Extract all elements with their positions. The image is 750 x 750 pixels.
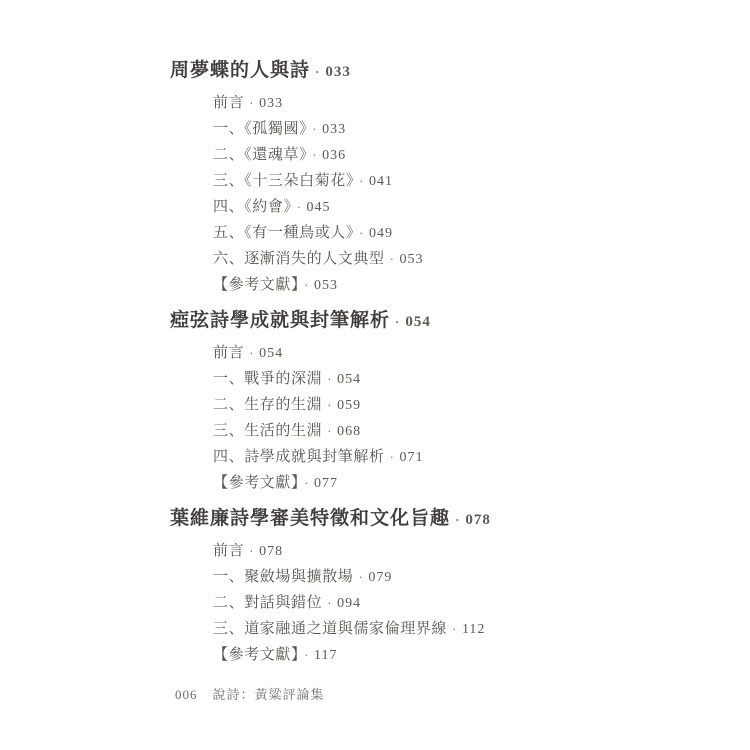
item-separator: · [307, 121, 322, 136]
section-title-page: 033 [325, 64, 351, 80]
section-items: 前言·033 一、《孤獨國》·033 二、《還魂草》·036 三、《十三朵白菊花… [213, 90, 690, 298]
item-separator: · [299, 277, 314, 292]
section-title-text: 瘂弦詩學成就與封筆解析 [170, 310, 390, 331]
item-separator: · [322, 595, 337, 610]
item-page: 033 [322, 122, 346, 137]
item-page: 079 [368, 570, 392, 585]
item-label: 【參考文獻】 [213, 646, 299, 663]
toc-section-title: 瘂弦詩學成就與封筆解析·054 [170, 310, 690, 333]
item-separator: · [353, 569, 368, 584]
item-label: 【參考文獻】 [213, 276, 299, 293]
item-page: 117 [314, 648, 337, 663]
footer-page-number: 006 [175, 687, 198, 702]
item-label: 前言 [213, 344, 244, 361]
item-page: 112 [462, 622, 485, 637]
section-title-text: 葉維廉詩學審美特徵和文化旨趣 [170, 508, 450, 529]
item-page: 059 [337, 398, 361, 413]
item-label: 一、聚斂場與擴散場 [213, 568, 353, 585]
page-footer: 006說詩：黃粱評論集 [175, 686, 325, 704]
section-title-separator: · [450, 512, 465, 527]
item-label: 四、《約會》 [213, 198, 292, 215]
item-label: 二、生存的生淵 [213, 396, 322, 413]
item-label: 三、生活的生淵 [213, 422, 322, 439]
item-separator: · [322, 371, 337, 386]
item-label: 一、《孤獨國》 [213, 120, 307, 137]
item-page: 054 [259, 346, 283, 361]
item-separator: · [322, 423, 337, 438]
item-separator: · [354, 225, 369, 240]
toc-section: 周夢蝶的人與詩·033 前言·033 一、《孤獨國》·033 二、《還魂草》·0… [170, 60, 690, 298]
toc-section-title: 葉維廉詩學審美特徵和文化旨趣·078 [170, 508, 690, 531]
item-page: 045 [307, 200, 331, 215]
item-separator: · [447, 621, 462, 636]
item-separator: · [244, 543, 259, 558]
item-page: 041 [369, 174, 393, 189]
item-separator: · [299, 475, 314, 490]
toc-item: 【參考文獻】·053 [213, 272, 690, 298]
toc-item: 五、《有一種鳥或人》·049 [213, 220, 690, 246]
item-separator: · [385, 449, 400, 464]
toc-item: 二、生存的生淵·059 [213, 392, 690, 418]
item-page: 094 [337, 596, 361, 611]
item-separator: · [385, 251, 400, 266]
item-separator: · [322, 397, 337, 412]
item-page: 071 [400, 450, 424, 465]
section-title-text: 周夢蝶的人與詩 [170, 60, 310, 81]
item-label: 二、《還魂草》 [213, 146, 307, 163]
toc-section: 葉維廉詩學審美特徵和文化旨趣·078 前言·078 一、聚斂場與擴散場·079 … [170, 508, 690, 668]
item-page: 077 [314, 476, 338, 491]
item-page: 078 [259, 544, 283, 559]
item-label: 五、《有一種鳥或人》 [213, 224, 354, 241]
item-page: 033 [259, 96, 283, 111]
item-separator: · [354, 173, 369, 188]
toc-item: 四、《約會》·045 [213, 194, 690, 220]
item-separator: · [292, 199, 307, 214]
toc-item: 四、詩學成就與封筆解析·071 [213, 444, 690, 470]
footer-book-title: 說詩：黃粱評論集 [213, 687, 325, 702]
item-page: 053 [400, 252, 424, 267]
item-page: 068 [337, 424, 361, 439]
item-page: 049 [369, 226, 393, 241]
toc-item: 前言·054 [213, 340, 690, 366]
toc-item: 【參考文獻】·077 [213, 470, 690, 496]
item-label: 前言 [213, 94, 244, 111]
toc-page: 周夢蝶的人與詩·033 前言·033 一、《孤獨國》·033 二、《還魂草》·0… [0, 0, 750, 750]
section-items: 前言·078 一、聚斂場與擴散場·079 二、對話與錯位·094 三、道家融通之… [213, 538, 690, 668]
toc-item: 三、《十三朵白菊花》·041 [213, 168, 690, 194]
item-label: 【參考文獻】 [213, 474, 299, 491]
section-title-separator: · [310, 64, 325, 79]
toc-section: 瘂弦詩學成就與封筆解析·054 前言·054 一、戰爭的深淵·054 二、生存的… [170, 310, 690, 496]
section-items: 前言·054 一、戰爭的深淵·054 二、生存的生淵·059 三、生活的生淵·0… [213, 340, 690, 496]
item-label: 六、逐漸消失的人文典型 [213, 250, 385, 267]
section-title-page: 078 [465, 512, 491, 528]
toc-item: 一、戰爭的深淵·054 [213, 366, 690, 392]
item-page: 054 [337, 372, 361, 387]
item-separator: · [299, 647, 314, 662]
item-page: 036 [322, 148, 346, 163]
toc-item: 三、道家融通之道與儒家倫理界線·112 [213, 616, 690, 642]
item-label: 一、戰爭的深淵 [213, 370, 322, 387]
item-separator: · [244, 95, 259, 110]
item-label: 三、道家融通之道與儒家倫理界線 [213, 620, 447, 637]
toc-item: 六、逐漸消失的人文典型·053 [213, 246, 690, 272]
toc-item: 【參考文獻】·117 [213, 642, 690, 668]
toc-item: 二、對話與錯位·094 [213, 590, 690, 616]
item-separator: · [244, 345, 259, 360]
section-title-separator: · [390, 314, 405, 329]
item-label: 二、對話與錯位 [213, 594, 322, 611]
toc-section-title: 周夢蝶的人與詩·033 [170, 60, 690, 83]
toc-item: 前言·033 [213, 90, 690, 116]
section-title-page: 054 [405, 314, 431, 330]
item-label: 四、詩學成就與封筆解析 [213, 448, 385, 465]
toc-item: 三、生活的生淵·068 [213, 418, 690, 444]
item-label: 三、《十三朵白菊花》 [213, 172, 354, 189]
toc-item: 一、聚斂場與擴散場·079 [213, 564, 690, 590]
item-label: 前言 [213, 542, 244, 559]
toc: 周夢蝶的人與詩·033 前言·033 一、《孤獨國》·033 二、《還魂草》·0… [170, 60, 690, 668]
item-separator: · [307, 147, 322, 162]
item-page: 053 [314, 278, 338, 293]
toc-item: 二、《還魂草》·036 [213, 142, 690, 168]
toc-item: 一、《孤獨國》·033 [213, 116, 690, 142]
toc-item: 前言·078 [213, 538, 690, 564]
